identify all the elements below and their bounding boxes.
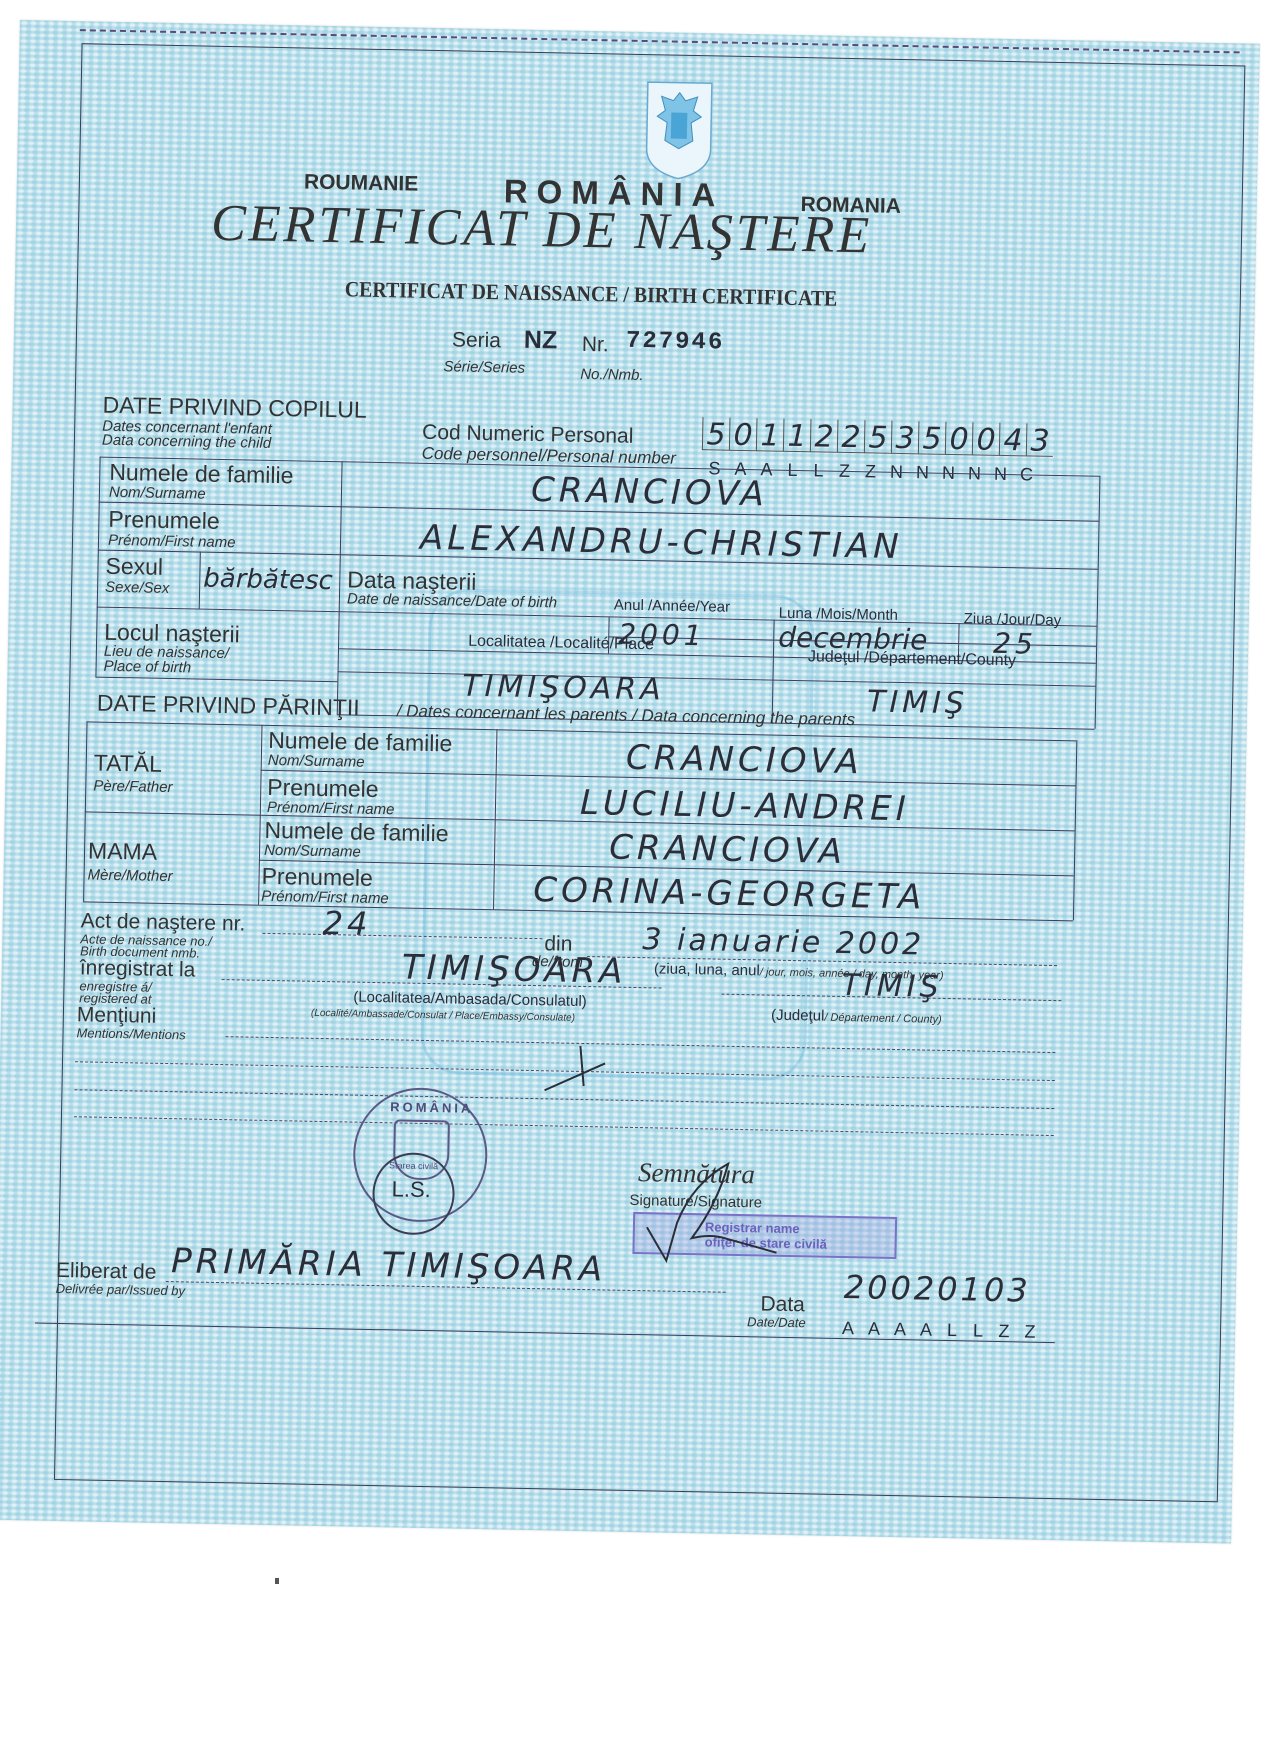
county-hint-ro: (Judeţul [771, 1007, 825, 1025]
cnp-digit: 2 [810, 419, 838, 453]
parents-section-heading: DATE PRIVIND PĂRINŢII [97, 690, 360, 722]
date-format-letter: Z [1017, 1321, 1043, 1342]
date-format-letter: L [965, 1320, 991, 1341]
mother-label: MAMA [88, 837, 158, 865]
cnp-digit: 1 [783, 419, 811, 453]
cnp-digit-boxes: 5011225350043 [702, 417, 1054, 457]
ls-mark: L.S. [391, 1176, 431, 1203]
birth-certificate-document: ROUMANIE ROMÂNIA ROMANIA CERTIFICAT DE N… [0, 20, 1260, 1544]
year-label: Anul /Année/Year [614, 597, 731, 616]
issue-date-value: 20020103 [843, 1268, 1031, 1310]
cnp-digit: 3 [1026, 423, 1054, 457]
surname-translation: Nom/Surname [109, 485, 206, 502]
country-name-fr: ROUMANIE [304, 170, 419, 196]
cnp-digit: 0 [972, 422, 1000, 456]
firstname-label: Prenumele [108, 506, 220, 535]
child-surname-value: CRANCIOVA [531, 470, 769, 515]
cnp-digit: 3 [891, 421, 919, 455]
date-format-letter: A [913, 1319, 939, 1340]
father-firstname-value: LUCILIU-ANDREI [580, 783, 910, 829]
county-hint: (Judeţul/ Département / County) [771, 1007, 942, 1028]
birth-locality-value: TIMIŞOARA [462, 669, 665, 708]
mentions-strike-mark-icon [539, 1040, 610, 1101]
mother-surname-translation: Nom/Surname [264, 843, 361, 860]
mother-translation: Mère/Mother [87, 867, 172, 884]
cnp-digit: 0 [945, 422, 973, 456]
cnp-digit: 1 [756, 418, 784, 452]
date-format-letter: A [887, 1319, 913, 1340]
mother-surname-value: CRANCIOVA [609, 827, 847, 872]
sex-value: bărbătesc [203, 564, 333, 596]
mother-firstname-value: CORINA-GEORGETA [533, 870, 926, 918]
issued-by-translation: Delivrée par/Issued by [56, 1281, 186, 1298]
cnp-digit: 4 [999, 423, 1027, 457]
dob-translation: Date de naissance/Date of birth [347, 591, 557, 610]
handwritten-signature-icon [636, 1142, 818, 1275]
seal-inner-text: Starea civilă [389, 1160, 438, 1171]
series-value: NZ [524, 326, 558, 356]
series-label: Seria [452, 328, 501, 353]
sex-translation: Sexe/Sex [105, 580, 169, 596]
sex-label: Sexul [105, 553, 163, 581]
date-format-letter: A [861, 1318, 887, 1339]
issue-date-label: Data [760, 1292, 805, 1317]
child-section-heading-en: Data concerning the child [102, 433, 272, 451]
certificate-number: 727946 [626, 328, 725, 357]
series-translation: Série/Series [443, 359, 525, 376]
number-translation: No./Nmb. [580, 367, 644, 383]
registration-date-value: 3 ianuarie 2002 [642, 922, 924, 962]
date-format-letter: L [939, 1320, 965, 1341]
issued-by-value: PRIMĂRIA TIMIŞOARA [171, 1241, 607, 1289]
pob-translation-2: Place of birth [103, 659, 191, 676]
father-translation: Père/Father [93, 779, 172, 796]
mentions-translation: Mentions/Mentions [76, 1025, 185, 1042]
registered-county-value: TIMIŞ [841, 968, 943, 1005]
cnp-digit: 5 [918, 421, 946, 455]
locality-label: Localitatea /Localité/Place [468, 633, 654, 655]
cnp-digit: 0 [729, 418, 757, 452]
date-format-letter: A [835, 1318, 861, 1339]
cnp-digit: 5 [864, 420, 892, 454]
cnp-digit: 5 [702, 417, 730, 451]
seal-ring-text: ROMÂNIA [390, 1099, 473, 1116]
father-surname-translation: Nom/Surname [268, 753, 365, 770]
birth-county-value: TIMIŞ [867, 684, 969, 721]
registered-place-value: TIMIŞOARA [401, 948, 626, 992]
date-hint-ro: (ziua, luna, anul [654, 960, 760, 979]
certificate-title: CERTIFICAT DE NAŞTERE [211, 194, 873, 266]
number-label: Nr. [582, 333, 609, 358]
act-number-value: 24 [322, 904, 371, 943]
father-label: TATĂL [93, 750, 162, 778]
county-hint-translation: / Département / County) [824, 1012, 942, 1026]
father-firstname-translation: Prénom/First name [267, 800, 395, 817]
romania-coat-of-arms-icon [642, 78, 716, 181]
issue-date-translation: Date/Date [747, 1314, 806, 1330]
cnp-digit: 2 [837, 420, 865, 454]
father-surname-value: CRANCIOVA [626, 738, 864, 783]
firstname-translation: Prénom/First name [108, 533, 236, 550]
scan-speck [275, 1578, 279, 1584]
date-format-letter: Z [991, 1321, 1017, 1342]
